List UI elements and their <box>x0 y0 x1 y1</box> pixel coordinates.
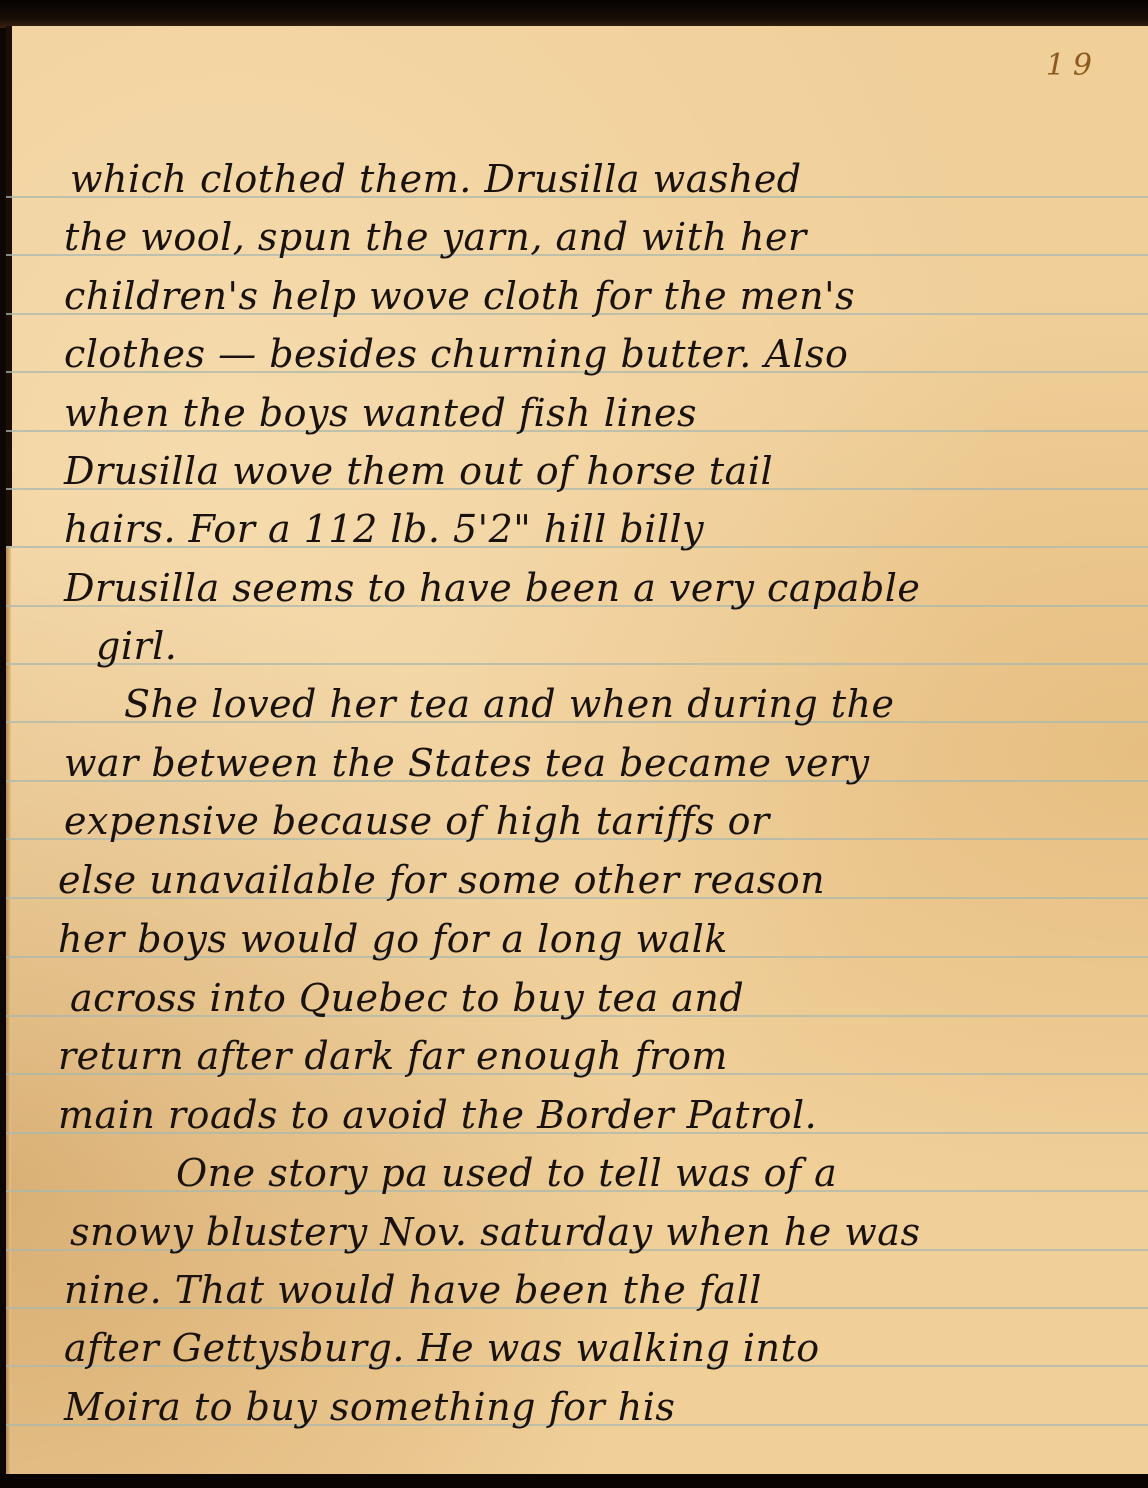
text-line: war between the States tea became very <box>64 744 870 782</box>
text-line: main roads to avoid the Border Patrol. <box>58 1096 817 1134</box>
text-line: snowy blustery Nov. saturday when he was <box>70 1213 920 1251</box>
text-line: return after dark far enough from <box>58 1037 728 1075</box>
text-line: after Gettysburg. He was walking into <box>64 1329 820 1367</box>
scan-top-edge <box>0 0 1148 28</box>
text-line: the wool, spun the yarn, and with her <box>64 218 807 256</box>
text-line: else unavailable for some other reason <box>58 861 825 899</box>
text-line: She loved her tea and when during the <box>124 685 894 723</box>
notebook-page: 19 which clothed them. Drusilla washed t… <box>6 26 1148 1476</box>
text-line: when the boys wanted fish lines <box>64 394 697 432</box>
text-line: One story pa used to tell was of a <box>176 1154 837 1192</box>
text-line: Drusilla wove them out of horse tail <box>64 452 773 490</box>
page-number: 19 <box>1046 48 1100 83</box>
text-line: across into Quebec to buy tea and <box>70 979 744 1017</box>
text-line: nine. That would have been the fall <box>64 1271 762 1309</box>
scan-bottom-edge <box>0 1474 1148 1488</box>
text-line: which clothed them. Drusilla washed <box>70 160 802 198</box>
text-line: Drusilla seems to have been a very capab… <box>64 569 920 607</box>
page-left-edge <box>6 546 11 1476</box>
text-line: Moira to buy something for his <box>64 1388 675 1426</box>
text-line: clothes — besides churning butter. Also <box>64 335 848 373</box>
text-line: hairs. For a 112 lb. 5'2" hill billy <box>64 510 704 548</box>
text-line: children's help wove cloth for the men's <box>64 277 855 315</box>
binding-edge <box>6 26 12 546</box>
text-line: her boys would go for a long walk <box>58 920 728 958</box>
text-line: girl. <box>96 627 177 665</box>
text-line: expensive because of high tariffs or <box>64 802 770 840</box>
